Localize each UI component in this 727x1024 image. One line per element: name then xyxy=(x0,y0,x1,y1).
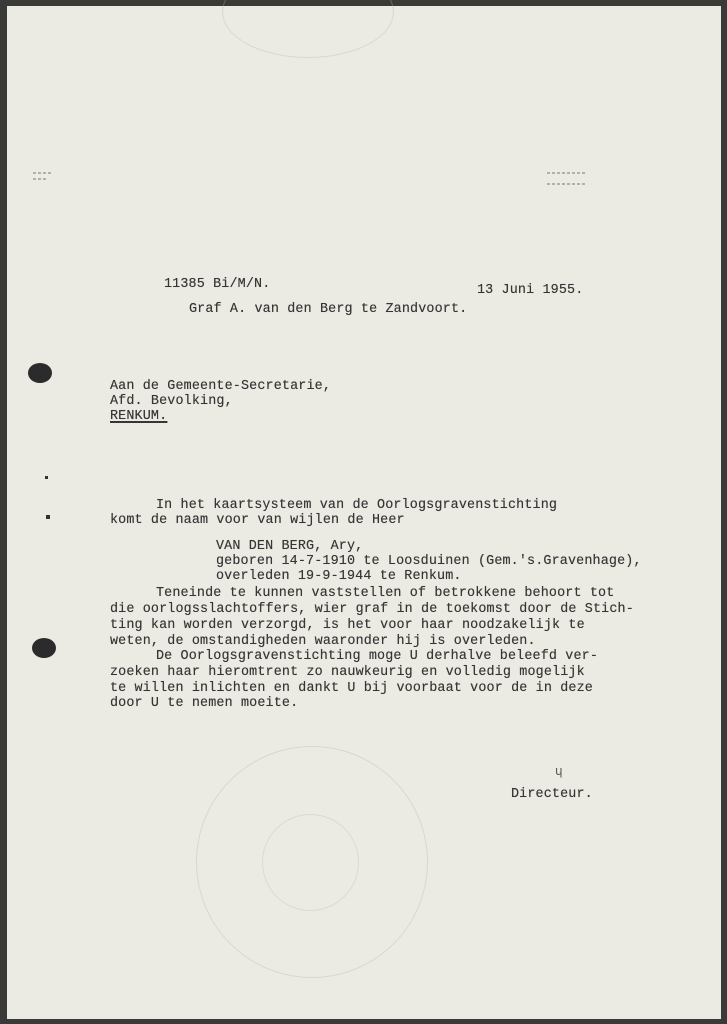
paragraph-2-line-2: zoeken haar hieromtrent zo nauwkeurig en… xyxy=(110,665,585,680)
embossed-seal-center xyxy=(262,814,359,911)
punch-hole-bottom xyxy=(32,638,56,658)
paragraph-2-line-1: De Oorlogsgravenstichting moge U derhalv… xyxy=(156,649,598,664)
intro-line-2: komt de naam voor van wijlen de Heer xyxy=(110,513,405,528)
paragraph-1-line-1: Teneinde te kunnen vaststellen of betrok… xyxy=(156,586,614,601)
addressee-line-2: Afd. Bevolking, xyxy=(110,394,233,409)
margin-mark-right xyxy=(547,172,585,174)
punch-hole-top xyxy=(28,363,52,383)
letter-date: 13 Juni 1955. xyxy=(477,283,583,298)
letter-page: 11385 Bi/M/N. 13 Juni 1955. Graf A. van … xyxy=(7,6,721,1019)
addressee-line-1: Aan de Gemeente-Secretarie, xyxy=(110,379,331,394)
margin-mark-right xyxy=(547,183,585,185)
paragraph-2-line-4: door U te nemen moeite. xyxy=(110,696,298,711)
paragraph-1-line-4: weten, de omstandigheden waaronder hij i… xyxy=(110,634,536,649)
paragraph-1-line-3: ting kan worden verzorgd, is het voor ha… xyxy=(110,618,585,633)
person-name: VAN DEN BERG, Ary, xyxy=(216,539,363,554)
person-born: geboren 14-7-1910 te Loosduinen (Gem.'s.… xyxy=(216,554,642,569)
paragraph-2-line-3: te willen inlichten en dankt U bij voorb… xyxy=(110,681,593,696)
ink-speck xyxy=(46,515,50,519)
ink-speck xyxy=(45,476,48,479)
intro-line-1: In het kaartsysteem van de Oorlogsgraven… xyxy=(156,498,557,513)
addressee-city: RENKUM. xyxy=(110,409,167,424)
letter-subject: Graf A. van den Berg te Zandvoort. xyxy=(189,302,467,317)
person-died: overleden 19-9-1944 te Renkum. xyxy=(216,569,462,584)
signature-initial: ɥ xyxy=(555,764,563,778)
signature-title: Directeur. xyxy=(511,787,593,802)
margin-mark-left xyxy=(33,178,47,180)
embossed-seal-top xyxy=(222,0,394,58)
reference-number: 11385 Bi/M/N. xyxy=(164,277,270,292)
margin-mark-left xyxy=(33,172,53,174)
paragraph-1-line-2: die oorlogsslachtoffers, wier graf in de… xyxy=(110,602,634,617)
